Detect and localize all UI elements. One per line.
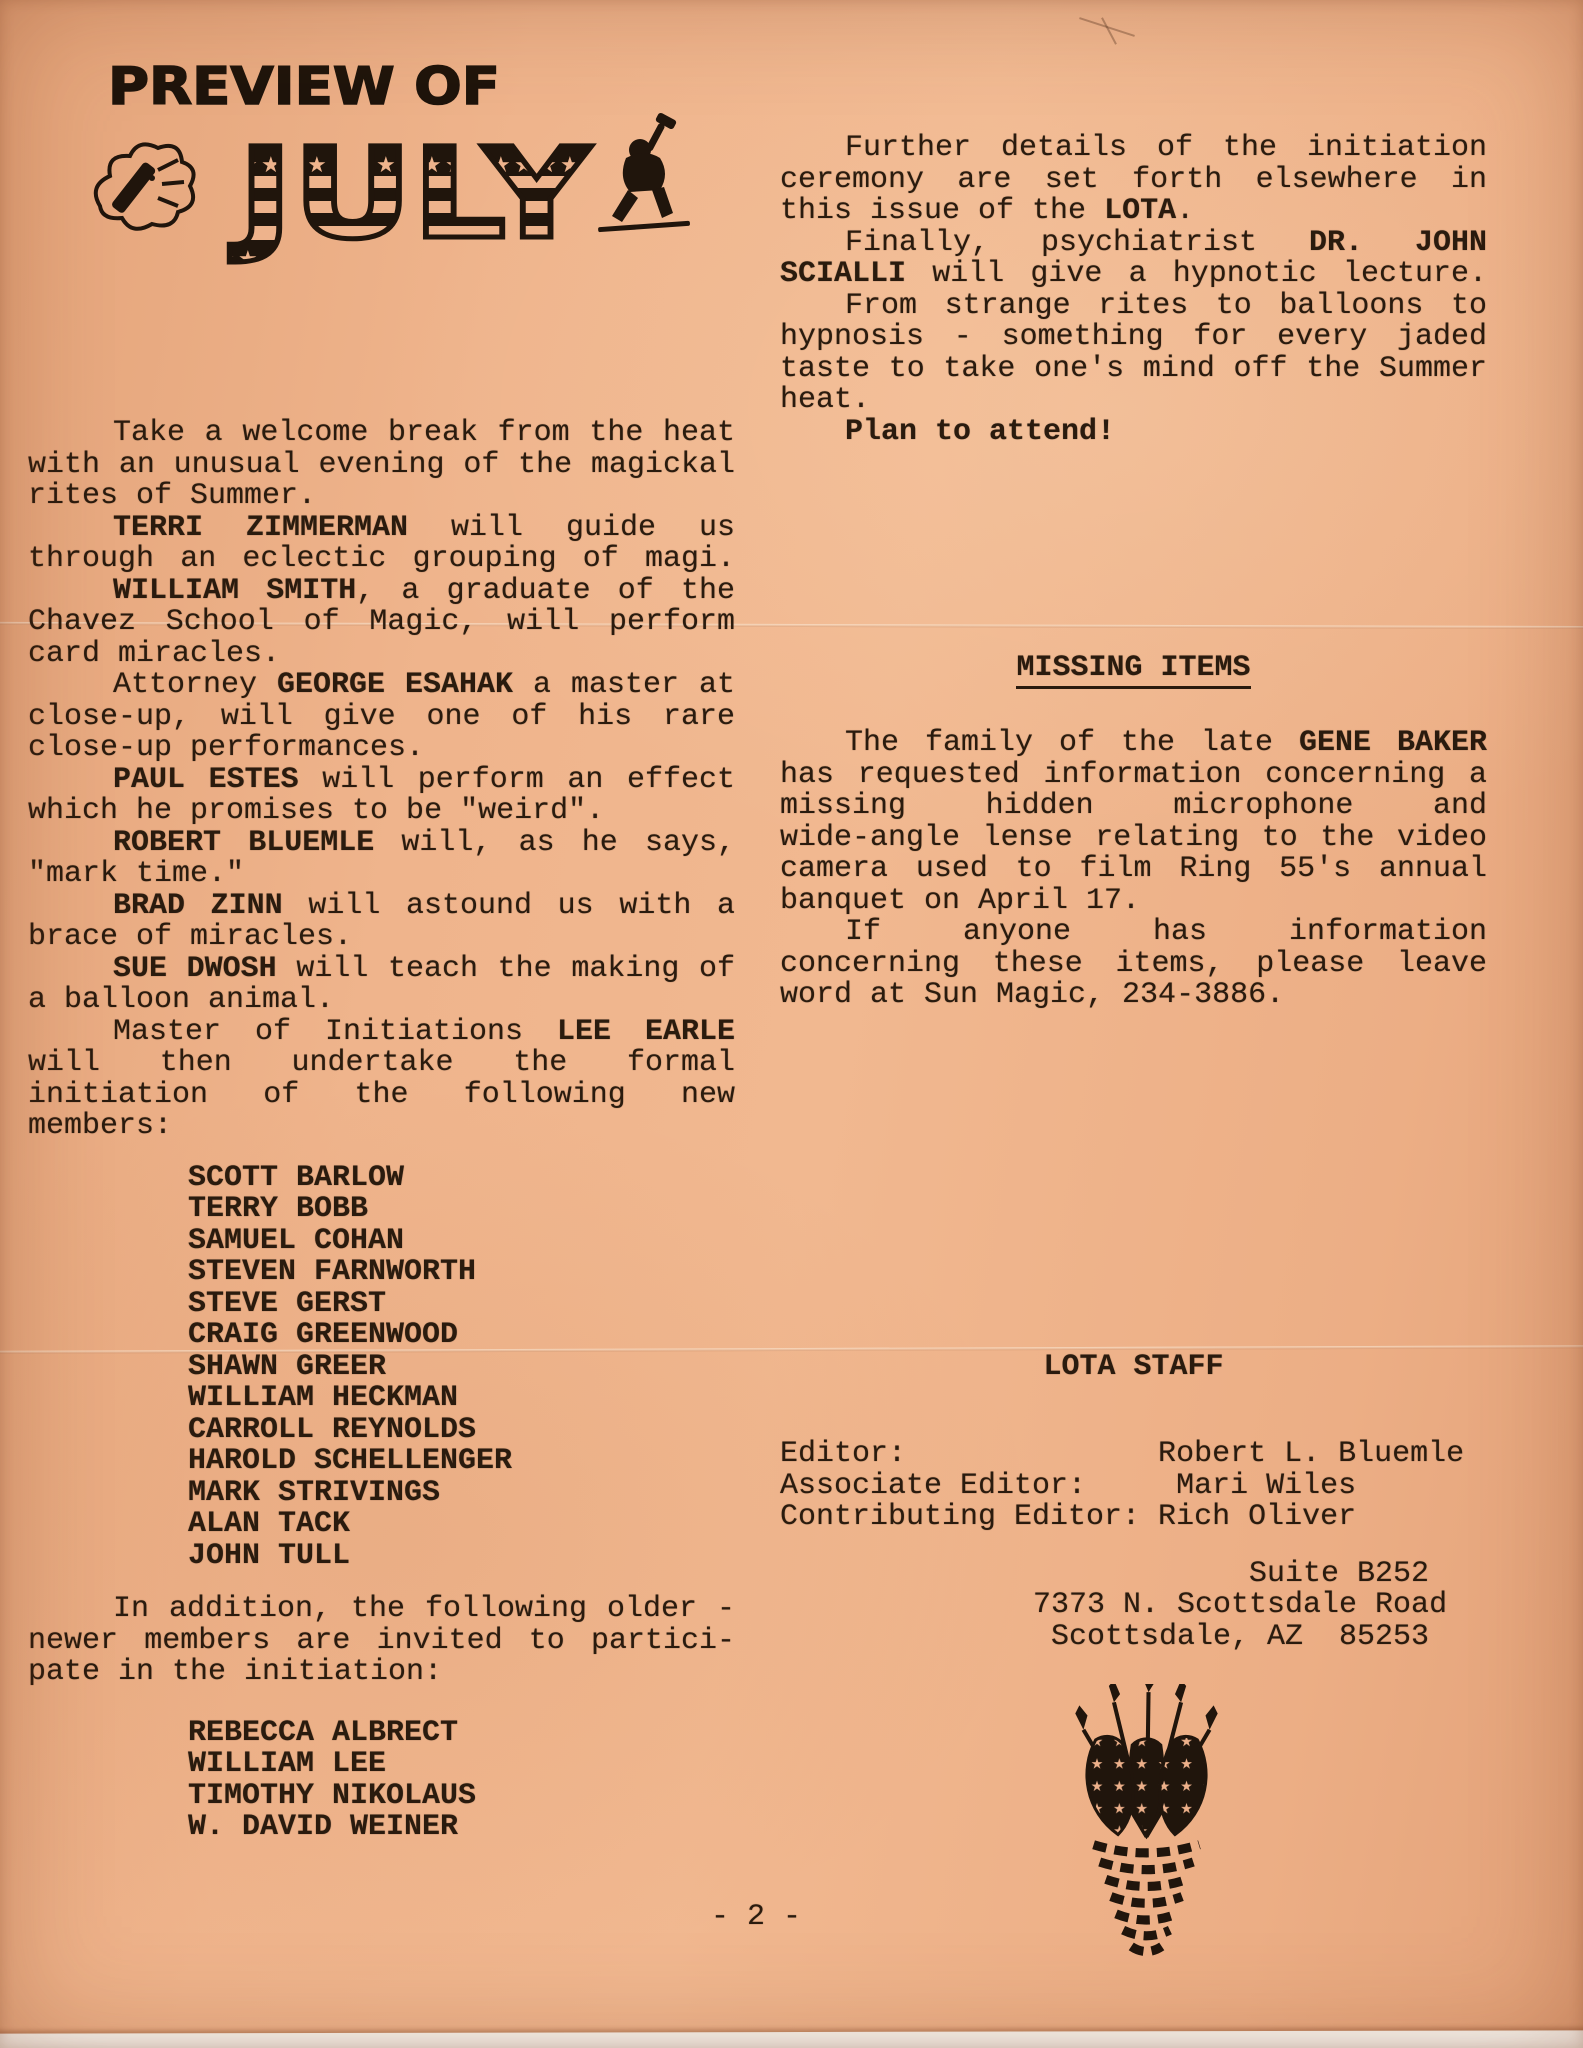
masthead-july-art: ★ ★ JULY [78, 102, 708, 287]
member-name: SCOTT BARLOW [188, 1163, 735, 1195]
text-line: WILLIAM SMITH, a graduate of the [28, 576, 735, 608]
staff-heading: LOTA STAFF [1043, 1350, 1223, 1384]
text-line: close-up performances. [28, 733, 735, 765]
member-name: WILLIAM LEE [188, 1749, 735, 1781]
member-name: W. DAVID WEINER [188, 1812, 735, 1844]
member-name: TIMOTHY NIKOLAUS [188, 1781, 735, 1813]
text-line: taste to take one's mind off the Summer [780, 354, 1487, 386]
member-name: WILLIAM HECKMAN [188, 1383, 735, 1415]
text-line: If anyone has information [780, 917, 1487, 949]
text-line: rites of Summer. [28, 481, 735, 513]
text-line: Chavez School of Magic, will perform [28, 607, 735, 639]
right-column: Further details of the initiationceremon… [780, 133, 1487, 1653]
text-line: through an eclectic grouping of magi. [28, 544, 735, 576]
text-line: a balloon animal. [28, 985, 735, 1017]
text-line: hypnosis - something for every jaded [780, 322, 1487, 354]
text-line: has requested information concerning a [780, 760, 1487, 792]
text-line: Further details of the initiation [780, 133, 1487, 165]
staff-heading-wrap: LOTA STAFF [780, 1352, 1487, 1384]
text-line: will then undertake the formal [28, 1048, 735, 1080]
text-line: The family of the late GENE BAKER [780, 728, 1487, 760]
text-line: From strange rites to balloons to [780, 291, 1487, 323]
initiation-details-paragraphs: Further details of the initiationceremon… [780, 133, 1487, 448]
firecracker-icon [96, 144, 194, 228]
scan-bottom-edge [0, 2030, 1583, 2048]
text-line: 7373 N. Scottsdale Road [1033, 1590, 1487, 1622]
text-line: SUE DWOSH will teach the making of [28, 954, 735, 986]
text-line: Associate Editor: Mari Wiles [780, 1471, 1487, 1503]
text-line: with an unusual evening of the magickal [28, 450, 735, 482]
text-line: "mark time." [28, 859, 735, 891]
text-line: banquet on April 17. [780, 886, 1487, 918]
member-name: TERRY BOBB [188, 1194, 735, 1226]
member-name: SAMUEL COHAN [188, 1226, 735, 1258]
text-line: which he promises to be "weird". [28, 796, 735, 828]
text-line: Contributing Editor: Rich Oliver [780, 1502, 1487, 1534]
member-name: CRAIG GREENWOOD [188, 1320, 735, 1352]
intro-paragraphs: Take a welcome break from the heatwith a… [28, 418, 735, 1143]
member-name: JOHN TULL [188, 1541, 735, 1573]
text-line: Scottsdale, AZ 85253 [1033, 1622, 1487, 1654]
text-line: brace of miracles. [28, 922, 735, 954]
runner-icon [598, 112, 690, 232]
text-line: this issue of the LOTA. [780, 196, 1487, 228]
text-line: Editor: Robert L. Bluemle [780, 1439, 1487, 1471]
member-name: HAROLD SCHELLENGER [188, 1446, 735, 1478]
text-line: Master of Initiations LEE EARLE [28, 1017, 735, 1049]
text-line: card miracles. [28, 639, 735, 671]
member-name: MARK STRIVINGS [188, 1478, 735, 1510]
text-line: initiation of the following new [28, 1080, 735, 1112]
text-line: camera used to film Ring 55's annual [780, 854, 1487, 886]
flag-furl-stripes [1094, 1845, 1200, 1952]
missing-items-heading-wrap: MISSING ITEMS [780, 652, 1487, 700]
text-line: PAUL ESTES will perform an effect [28, 765, 735, 797]
missing-items-heading: MISSING ITEMS [1016, 652, 1250, 689]
flags-illustration: ★ [1064, 1684, 1229, 1979]
text-line: Take a welcome break from the heat [28, 418, 735, 450]
left-column: Take a welcome break from the heatwith a… [28, 418, 735, 1844]
text-line: Plan to attend! [780, 417, 1487, 449]
text-line: BRAD ZINN will astound us with a [28, 891, 735, 923]
text-line: newer members are invited to partici- [28, 1626, 735, 1658]
page-number: - 2 - [666, 1902, 846, 1934]
older-members-list: REBECCA ALBRECTWILLIAM LEETIMOTHY NIKOLA… [28, 1718, 735, 1844]
text-line: heat. [780, 385, 1487, 417]
text-line: missing hidden microphone and [780, 791, 1487, 823]
july-letters: JULY [229, 122, 592, 267]
text-line: In addition, the following older - [28, 1594, 735, 1626]
missing-items-paragraphs: The family of the late GENE BAKERhas req… [780, 728, 1487, 1012]
text-line: Finally, psychiatrist DR. JOHN [780, 228, 1487, 260]
member-name: STEVEN FARNWORTH [188, 1257, 735, 1289]
text-line: word at Sun Magic, 234-3886. [780, 980, 1487, 1012]
text-line: Suite B252 [1033, 1559, 1487, 1591]
text-line: members: [28, 1111, 735, 1143]
member-name: CARROLL REYNOLDS [188, 1415, 735, 1447]
text-line: close-up, will give one of his rare [28, 702, 735, 734]
text-line: TERRI ZIMMERMAN will guide us [28, 513, 735, 545]
member-name: STEVE GERST [188, 1289, 735, 1321]
text-line: Attorney GEORGE ESAHAK a master at [28, 670, 735, 702]
text-line: SCIALLI will give a hypnotic lecture. [780, 259, 1487, 291]
new-members-list: SCOTT BARLOWTERRY BOBBSAMUEL COHANSTEVEN… [28, 1163, 735, 1573]
text-line: ceremony are set forth elsewhere in [780, 165, 1487, 197]
staff-credit-lines: Editor: Robert L. BluemleAssociate Edito… [780, 1439, 1487, 1534]
text-line: concerning these items, please leave [780, 949, 1487, 981]
text-line: wide-angle lense relating to the video [780, 823, 1487, 855]
text-line: ROBERT BLUEMLE will, as he says, [28, 828, 735, 860]
corner-tear-mark [1101, 17, 1117, 44]
draped-flags [1087, 1736, 1206, 1836]
member-name: REBECCA ALBRECT [188, 1718, 735, 1750]
text-line: pate in the initiation: [28, 1657, 735, 1689]
member-name: ALAN TACK [188, 1509, 735, 1541]
member-name: SHAWN GREER [188, 1352, 735, 1384]
older-members-intro: In addition, the following older -newer … [28, 1594, 735, 1689]
address-block: Suite B2527373 N. Scottsdale Road Scotts… [780, 1559, 1487, 1654]
